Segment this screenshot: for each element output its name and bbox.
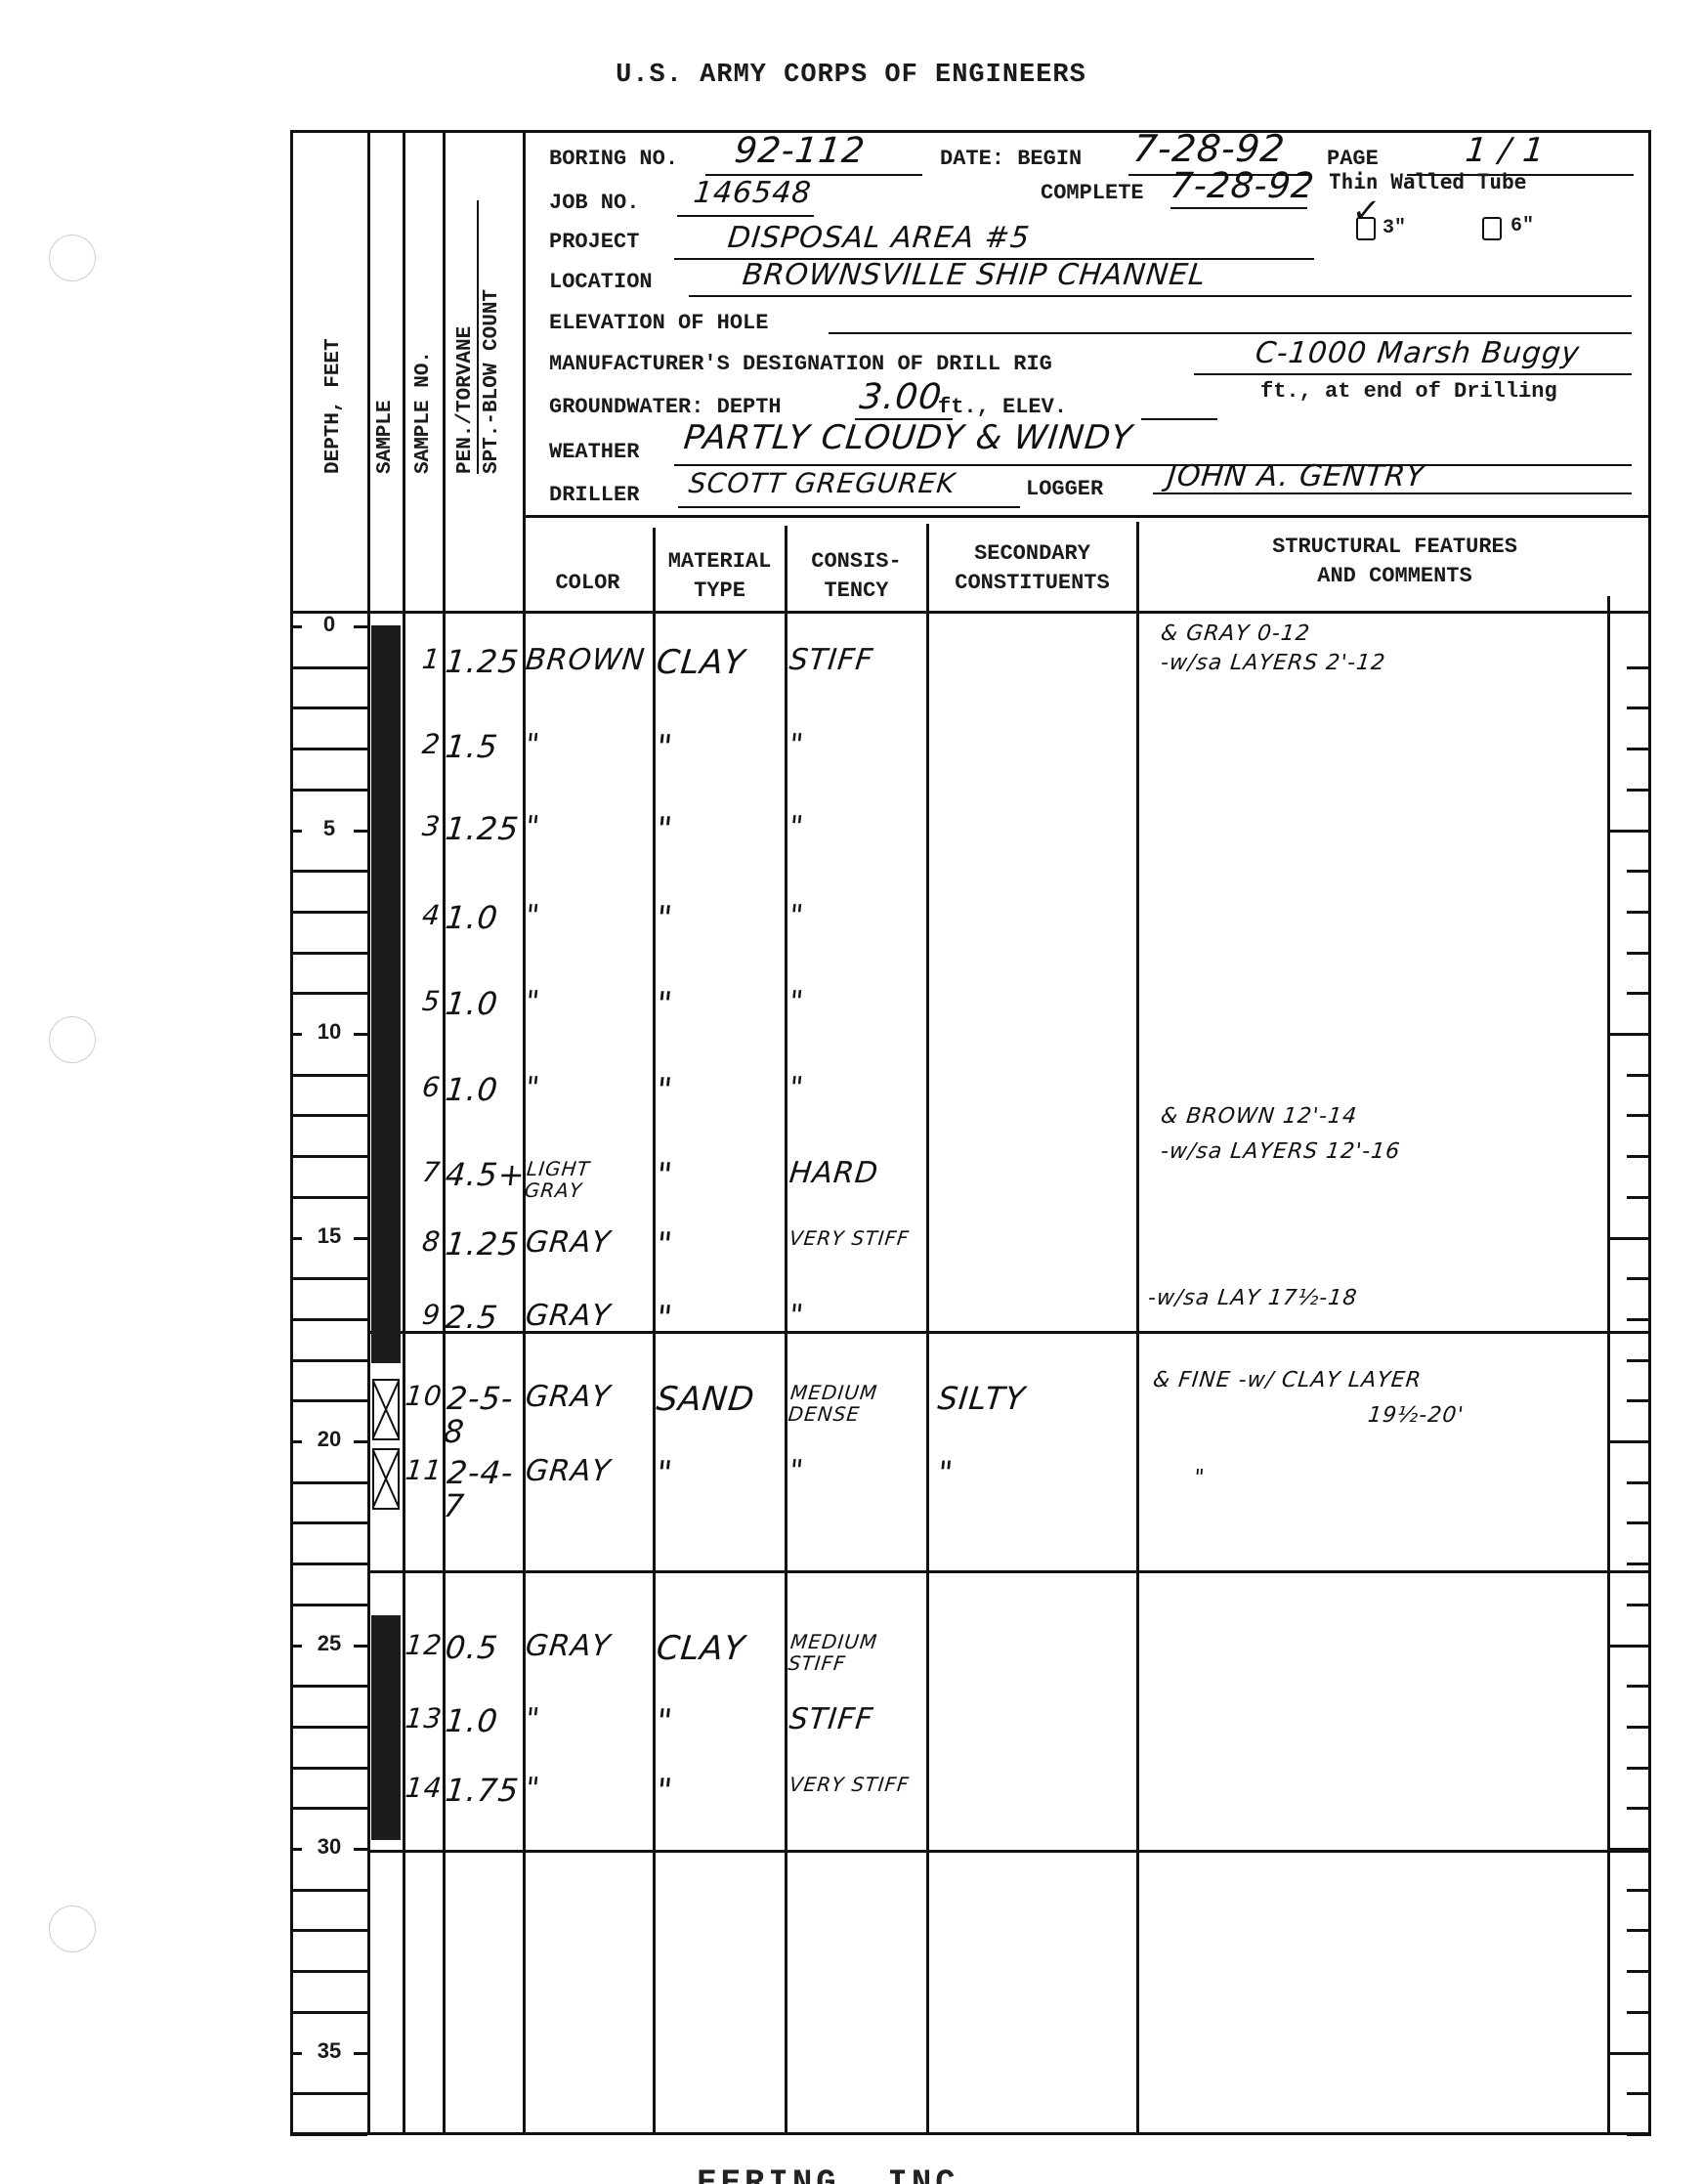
right-scale-tick [1627,1685,1651,1688]
right-scale-tick [1627,1277,1651,1280]
right-scale-tick [1607,1645,1651,1648]
underline [1141,418,1217,420]
spt-sample-x-icon [372,1448,400,1510]
divider [477,200,479,474]
right-scale-tick [1627,1196,1651,1199]
punch-hole [49,235,96,281]
depth-tick [290,1889,367,1892]
right-scale-tick [1627,1521,1651,1524]
right-scale-tick [1627,1889,1651,1892]
divider [367,130,370,2135]
cell-no[interactable]: 7 [404,1158,442,1187]
drill-rig-value[interactable]: C-1000 Marsh Buggy [1254,336,1582,370]
cell-color[interactable]: " [524,987,654,1018]
cell-no[interactable]: 1 [404,645,442,674]
logger-label: LOGGER [1026,477,1103,501]
column-header-color: COLOR [523,569,653,598]
right-scale-tick [1627,2092,1651,2095]
cell-color[interactable]: " [524,901,654,932]
cell-pen[interactable]: 2-5-8 [442,1382,527,1448]
comment-line[interactable]: -w/sa LAYERS 12'-16 [1160,1139,1402,1164]
cell-material[interactable]: " [655,1227,786,1263]
underline [689,295,1632,297]
column-header-consistency-1: CONSIS- [787,547,926,577]
depth-tick [290,1767,367,1770]
groundwater-elev-label: ft., ELEV. [938,395,1067,419]
divider [523,515,1651,518]
agency-title: U.S. ARMY CORPS OF ENGINEERS [0,61,1702,90]
location-label: LOCATION [549,270,653,294]
column-header-depth: DEPTH, FEET [322,338,345,474]
elevation-label: ELEVATION OF HOLE [549,311,768,335]
depth-tick [290,1929,367,1932]
comment-line[interactable]: & FINE -w/ CLAY LAYER [1152,1368,1424,1392]
date-begin-value[interactable]: 7-28-92 [1131,127,1288,170]
cell-color[interactable]: GRAY [524,1631,654,1662]
cell-material[interactable]: " [655,1073,786,1108]
depth-tick [290,1399,367,1402]
depth-tick [290,1807,367,1810]
right-scale-tick [1607,830,1651,833]
depth-tick [290,1521,367,1524]
project-value[interactable]: DISPOSAL AREA #5 [726,221,1032,255]
divider [1136,522,1139,2135]
cell-color[interactable]: GRAY [524,1227,654,1259]
underline [1170,207,1307,209]
cell-material[interactable]: CLAY [655,645,786,680]
right-scale-tick [1627,870,1651,873]
cell-pen[interactable]: 1.0 [444,1704,526,1737]
depth-tick [290,1318,367,1321]
right-scale-tick [1627,952,1651,955]
underline [677,215,814,217]
column-header-sample: SAMPLE [374,400,397,474]
depth-tick [290,1074,367,1077]
cell-no[interactable]: 9 [404,1301,442,1330]
right-scale-tick [1627,2133,1651,2136]
cell-consistency[interactable]: " [787,901,927,932]
depth-tick [290,1563,367,1565]
underline [674,464,1632,466]
divider [523,130,526,2135]
cell-pen[interactable]: 1.25 [444,812,526,845]
cell-material[interactable]: SAND [655,1382,786,1417]
depth-tick [290,1685,367,1688]
cell-consistency[interactable]: MEDIUM DENSE [787,1382,929,1425]
cell-pen[interactable]: 1.75 [444,1774,526,1807]
cell-material[interactable]: " [655,1158,786,1193]
location-value[interactable]: BROWNSVILLE SHIP CHANNEL [741,258,1208,292]
depth-tick [290,1277,367,1280]
cell-color[interactable]: GRAY [524,1456,654,1487]
cell-pen[interactable]: 2.5 [444,1301,526,1334]
cell-no[interactable]: 10 [404,1382,442,1411]
cell-no[interactable]: 14 [404,1774,442,1803]
column-header-spt-blow-count: SPT.-BLOW COUNT [481,289,503,474]
depth-tick [290,1114,367,1117]
cell-color[interactable]: GRAY [524,1382,654,1413]
cell-no[interactable]: 11 [404,1456,442,1485]
comment-line[interactable]: & GRAY 0-12 [1160,621,1312,646]
cell-material[interactable]: " [655,812,786,847]
depth-tick [290,789,367,792]
cell-pen[interactable]: 1.0 [444,901,526,934]
cell-consistency[interactable]: " [787,1301,927,1332]
depth-label: 5 [300,816,359,841]
cell-color[interactable]: " [524,1774,654,1805]
comment-line[interactable]: 19½-20' [1367,1403,1466,1428]
depth-tick [290,2133,367,2136]
page-label: PAGE [1327,147,1379,171]
right-scale-tick [1607,1237,1651,1240]
tube-sample-bar [371,1615,401,1839]
page-value[interactable]: 1 / 1 [1464,131,1548,170]
depth-tick [290,2011,367,2014]
complete-label: COMPLETE [1041,181,1144,205]
cell-consistency[interactable]: VERY STIFF [788,1774,927,1795]
logger-value[interactable]: JOHN A. GENTRY [1166,459,1426,493]
right-scale-tick [1627,1604,1651,1606]
tube-6in-label: 6" [1511,215,1534,237]
cell-secondary[interactable]: SILTY [936,1382,1135,1415]
depth-tick [290,707,367,709]
cell-pen[interactable]: 1.5 [444,730,526,763]
drill-rig-label: MANUFACTURER'S DESIGNATION OF DRILL RIG [549,352,1052,376]
column-header-secondary-1: SECONDARY [928,539,1136,569]
date-complete-value[interactable]: 7-28-92 [1169,166,1317,206]
job-no-value[interactable]: 146548 [692,176,813,210]
depth-tick [290,1970,367,1973]
cell-color[interactable]: LIGHT GRAY [524,1158,656,1201]
footer-company-partial: ...EERING, INC. [625,2160,983,2184]
punch-hole [49,1016,96,1063]
cell-pen[interactable]: 1.25 [444,1227,526,1261]
divider [443,130,446,2135]
spt-sample-x-icon [372,1379,400,1440]
groundwater-depth-value[interactable]: 3.00 [858,377,944,417]
cell-color[interactable]: " [524,1073,654,1104]
depth-tick [290,992,367,995]
cell-no[interactable]: 6 [404,1073,442,1102]
comment-line[interactable]: -w/sa LAYERS 2'-12 [1160,651,1387,675]
right-scale-tick [1627,707,1651,709]
depth-tick [290,2092,367,2095]
right-scale-tick [1627,1767,1651,1770]
cell-color[interactable]: " [524,730,654,761]
depth-tick [290,666,367,669]
cell-consistency[interactable]: " [787,1073,927,1104]
depth-tick [290,1359,367,1362]
right-scale-tick [1627,2011,1651,2014]
right-scale-tick [1607,1033,1651,1036]
column-header-pen-torvane: PEN./TORVANE [454,326,477,474]
cell-material[interactable]: " [655,1456,786,1491]
right-scale-tick [1627,1155,1651,1158]
depth-label: 35 [300,2038,359,2064]
cell-pen[interactable]: 1.0 [444,987,526,1020]
depth-tick [290,952,367,955]
cell-color[interactable]: BROWN [524,645,654,676]
right-scale-tick [1627,1074,1651,1077]
depth-label: 20 [300,1427,359,1452]
depth-label: 25 [300,1631,359,1656]
tube-3in-label: 3" [1383,217,1406,239]
divider [403,130,405,2135]
cell-consistency[interactable]: STIFF [787,645,927,676]
right-scale-tick [1627,1481,1651,1484]
cell-material[interactable]: " [655,987,786,1022]
depth-label: 0 [300,612,359,637]
right-scale-tick [1627,1970,1651,1973]
cell-consistency[interactable]: " [787,1456,927,1487]
right-scale-tick [1627,911,1651,914]
cell-pen[interactable]: 2-4-7 [442,1456,527,1522]
right-scale-tick [1627,1359,1651,1362]
tube-label: Thin Walled Tube [1329,170,1526,193]
date-begin-label: DATE: BEGIN [940,147,1082,171]
tube-6in-checkbox[interactable] [1482,217,1502,240]
underline [678,506,1020,508]
cell-no[interactable]: 4 [404,901,442,930]
boring-no-label: BORING NO. [549,147,678,171]
comment-line[interactable]: & BROWN 12'-14 [1160,1104,1359,1129]
check-mark-icon: ✓ [1350,192,1383,231]
cell-material[interactable]: " [655,901,786,936]
comment-line[interactable]: -w/sa LAY 17½-18 [1147,1286,1359,1310]
weather-value[interactable]: PARTLY CLOUDY & WINDY [682,418,1134,457]
driller-label: DRILLER [549,483,639,507]
column-header-material-1: MATERIAL [655,547,785,577]
underline [829,332,1632,334]
cell-pen[interactable]: 1.25 [444,645,526,678]
cell-material[interactable]: CLAY [655,1631,786,1666]
right-scale-tick [1627,1563,1651,1565]
right-scale-tick [1627,1114,1651,1117]
depth-tick [290,870,367,873]
layer-boundary [367,1570,1651,1573]
punch-hole [49,1906,96,1952]
cell-secondary[interactable]: " [936,1456,1135,1489]
depth-tick [290,1604,367,1606]
right-scale-tick [1627,1726,1651,1729]
right-scale-tick [1627,789,1651,792]
cell-pen[interactable]: 1.0 [444,1073,526,1106]
cell-no[interactable]: 5 [404,987,442,1016]
cell-pen[interactable]: 4.5+ [444,1158,526,1191]
underline [1194,373,1632,375]
groundwater-label: GROUNDWATER: DEPTH [549,395,782,419]
cell-color[interactable]: " [524,812,654,843]
depth-tick [290,911,367,914]
depth-tick [290,1481,367,1484]
right-scale-tick [1627,666,1651,669]
weather-label: WEATHER [549,440,639,464]
cell-no[interactable]: 13 [404,1704,442,1734]
cell-no[interactable]: 3 [404,812,442,841]
cell-consistency[interactable]: VERY STIFF [788,1227,927,1249]
boring-no-value[interactable]: 92-112 [733,131,868,171]
column-header-secondary-2: CONSTITUENTS [928,569,1136,598]
cell-no[interactable]: 8 [404,1227,442,1257]
right-scale-tick [1627,1318,1651,1321]
cell-consistency[interactable]: HARD [787,1158,927,1189]
cell-color[interactable]: GRAY [524,1301,654,1332]
right-scale-tick [1607,2052,1651,2055]
job-no-label: JOB NO. [549,191,639,215]
depth-label: 30 [300,1834,359,1860]
cell-material[interactable]: " [655,1301,786,1336]
depth-tick [290,1726,367,1729]
right-scale-tick [1607,1440,1651,1443]
right-scale-tick [1627,1807,1651,1810]
cell-material[interactable]: " [655,730,786,765]
depth-tick [290,748,367,750]
depth-tick [290,1155,367,1158]
divider [1607,596,1610,2135]
cell-material[interactable]: " [655,1704,786,1739]
divider [290,611,1651,614]
cell-consistency[interactable]: " [787,987,927,1018]
column-header-sample-no: SAMPLE NO. [412,351,435,474]
layer-boundary [367,1850,1651,1853]
depth-label: 10 [300,1019,359,1045]
depth-label: 15 [300,1223,359,1249]
right-scale-tick [1627,1929,1651,1932]
driller-value[interactable]: SCOTT GREGUREK [687,467,957,499]
column-header-comments-2: AND COMMENTS [1138,562,1651,591]
column-header-material-2: TYPE [655,577,785,606]
cell-no[interactable]: 12 [404,1631,442,1660]
tube-sample-bar [371,625,401,1363]
cell-consistency[interactable]: " [787,812,927,843]
right-scale-tick [1627,992,1651,995]
project-label: PROJECT [549,230,639,254]
groundwater-end-label: ft., at end of Drilling [1260,379,1557,404]
divider [926,524,929,2135]
right-scale-tick [1627,748,1651,750]
cell-no[interactable]: 2 [404,730,442,759]
cell-color[interactable]: " [524,1704,654,1735]
depth-tick [290,1196,367,1199]
column-header-comments-1: STRUCTURAL FEATURES [1138,533,1651,562]
cell-consistency[interactable]: STIFF [787,1704,927,1735]
column-header-consistency-2: TENCY [787,577,926,606]
right-scale-tick [1627,1399,1651,1402]
cell-consistency[interactable]: " [787,730,927,761]
cell-material[interactable]: " [655,1774,786,1809]
cell-consistency[interactable]: MEDIUM STIFF [787,1631,929,1674]
cell-pen[interactable]: 0.5 [444,1631,526,1664]
